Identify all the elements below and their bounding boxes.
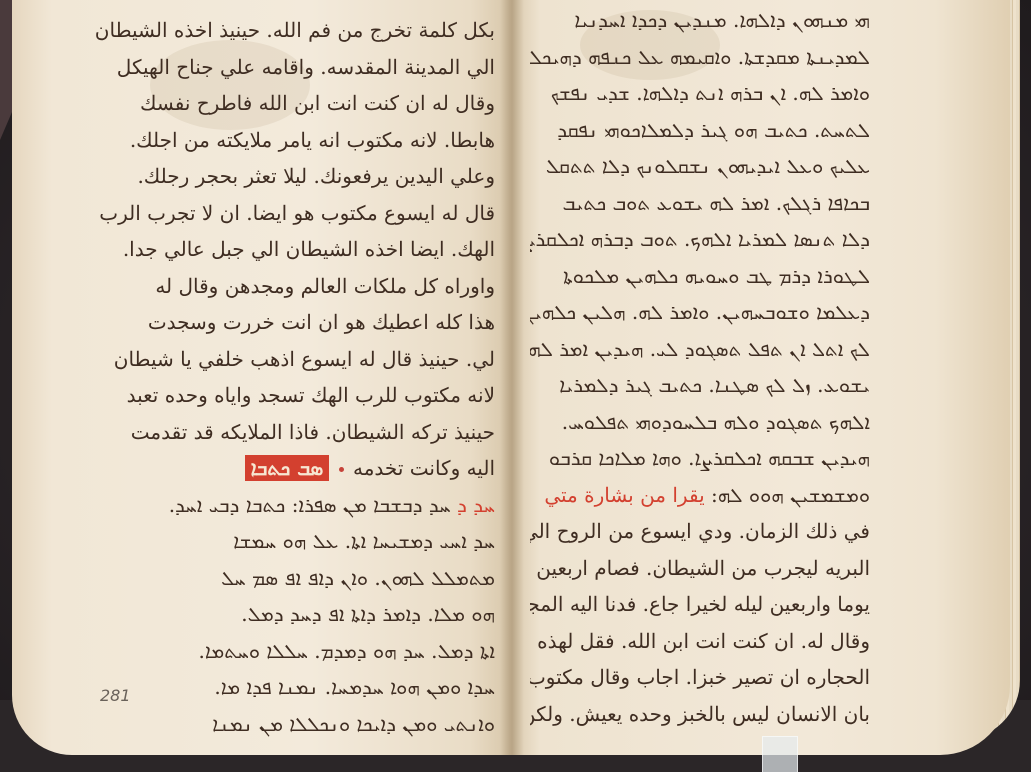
text-line: ܚܕ ܕ ܚܕ ܕܒܫܒܐ ܡܢ ܣܦܪܐ: ܟܬܒܐ ܕܒܝ ܐܚܕ. [90, 487, 495, 524]
text-line-with-rubric: ܘܡܫܡܫܝܢ ܗܘܘ ܠܗ: يقرا من بشارة متي [530, 477, 870, 514]
text-line: بان الانسان ليس بالخبز وحده يعيش. ولكن [530, 696, 870, 733]
book-gutter [500, 0, 524, 755]
text-line: ܘܐܡܪ ܠܗ. ܐܢ ܒܪܗ ܐܢܬ ܕܐܠܗܐ. ܫܕܝ ܢܦܫܟ [530, 75, 870, 112]
text-line: قال له ايسوع مكتوب هو ايضا. ان لا تجرب ا… [90, 195, 495, 232]
text-line: البريه ليجرب من الشيطان. فصام اربعين [530, 550, 870, 587]
text-line: ܘܐܢܬܝ ܘܡܢ ܕܐܝܟܐ ܘܢܟܠܠܐ ܡܢ ܢܡܢܐ [90, 706, 495, 743]
text-line: ܠܛܘܪܐ ܕܪܡ ܛܒ ܘܚܘܝܗ ܟܠܗܝܢ ܡܠܟܘܬܐ [530, 258, 870, 295]
folio-number: 281 [100, 686, 131, 705]
text-line: يوما واربعين ليله لخيرا جاع. فدنا اليه ا… [530, 586, 870, 623]
text-line: واوراه كل ملكات العالم ومجدهن وقال له [90, 268, 495, 305]
verse-dot-icon [339, 467, 344, 472]
text-line: ܕܥܠܡܐ ܘܫܘܒܚܗܝܢ. ܘܐܡܪ ܠܗ. ܗܠܝܢ ܟܠܗܝܢ [530, 294, 870, 331]
text-line: وقال له. ان كنت انت ابن الله. فقل لهذه [530, 623, 870, 660]
text-line: ܡܬܡܠܠ ܠܗܘܢ. ܘܐܢ ܕܐܦ ܐܦ ܣܡ ܚܠ [90, 560, 495, 597]
text-line: ܠܟ ܐܬܠ ܐܢ ܬܦܠ ܬܣܓܘܕ ܠܝ. ܗܝܕܝܢ ܐܡܪ ܠܗ [530, 331, 870, 368]
right-page-text: ܗܝ ܡܢܗܘܢ ܕܐܠܗܐ. ܡܢܕܝܢ ܕܟܕܐ ܐܚܕܢܝܐ ܠܡܕܝܢܬ… [530, 2, 870, 732]
text-line: الهك. ايضا اخذه الشيطان الي جبل عالي جدا… [90, 231, 495, 268]
text-line: ܗܘ ܡܠܐ. ܕܐܡܪ ܕܐܬܐ ܐܦ ܕܚܕ ܕܡܠ. [90, 596, 495, 633]
text-line: وقال له ان كنت انت ابن الله فاطرح نفسك [90, 85, 495, 122]
text-line: هابطا. لانه مكتوب انه يامر ملايكته من اج… [90, 122, 495, 159]
text-line: حينيذ تركه الشيطان. فاذا الملايكه قد تقد… [90, 414, 495, 451]
clear-page-holder [762, 736, 798, 772]
text-line: الحجاره ان تصير خبزا. اجاب وقال مكتوب هو [530, 659, 870, 696]
text-segment: ܘܡܫܡܫܝܢ ܗܘܘ ܠܗ: [711, 483, 870, 507]
text-line: ܠܬܚܬ. ܟܬܝܒ ܗܘ ܓܝܪ ܕܠܡܠܐܟܘܗܝ ܢܦܩܕ [530, 112, 870, 149]
text-line: ܗܝ ܡܢܗܘܢ ܕܐܠܗܐ. ܡܢܕܝܢ ܕܟܕܐ ܐܚܕܢܝܐ [530, 2, 870, 39]
text-line: ܠܡܕܝܢܬܐ ܡܩܕܫܬܐ. ܘܐܩܝܡܗ ܥܠ ܟܢܦܗ ܕܗܝܟܠܐ [530, 39, 870, 76]
text-line: ܒܟܐܦܐ ܪܓܠܟ. ܐܡܪ ܠܗ ܝܫܘܥ ܬܘܒ ܟܬܝܒ [530, 185, 870, 222]
rubric-heading: يقرا من بشارة متي [544, 483, 704, 507]
text-line: في ذلك الزمان. ودي ايسوع من الروح الي [530, 513, 870, 550]
text-line: ܝܫܘܥ. ܙܠ ܠܟ ܣܛܢܐ. ܟܬܝܒ ܓܝܪ ܕܠܡܪܝܐ [530, 367, 870, 404]
text-segment: ܚܕ ܕܒܫܒܐ ܡܢ ܣܦܪܐ: ܟܬܒܐ ܕܒܝ ܐܚܕ. [169, 493, 451, 517]
text-line: ܥܠܝܟ ܘܥܠ ܐܝܕܝܗܘܢ ܢܫܩܠܘܢܟ ܕܠܐ ܬܬܩܠ [530, 148, 870, 185]
text-line-with-rubric: اليه وكانت تخدمه ܣܒ ܟܬܒܐ [90, 450, 495, 487]
rubric-heading: ܣܒ ܟܬܒܐ [245, 455, 330, 481]
text-line: ܗܝܕܝܢ ܫܒܩܗ ܐܟܠܩܪܨܐ. ܘܗܐ ܡܠܐܟܐ ܩܪܒܘ [530, 440, 870, 477]
left-page-text: بكل كلمة تخرج من فم الله. حينيذ اخذه الش… [90, 12, 495, 742]
text-line: ܐܬܐ ܕܡܠ. ܚܕ ܗܘ ܕܡܕܡ. ܚܠܠܐ ܘܚܬܡܐ. [90, 633, 495, 670]
text-line: الي المدينة المقدسه. واقامه علي جناح اله… [90, 49, 495, 86]
text-line: ܐܠܗܟ ܬܣܓܘܕ ܘܠܗ ܒܠܚܘܕܘܗܝ ܬܦܠܘܚ. [530, 404, 870, 441]
text-line: وعلي اليدين يرفعونك. ليلا تعثر بحجر رجلك… [90, 158, 495, 195]
text-line: ܚܕܐ ܘܡܢ ܗܘܐ ܚܕܡܚܐ. ܢܡܢܐ ܦܕܐ ܡܐ. [90, 669, 495, 706]
text-line: ܕܠܐ ܬܢܣܐ ܠܡܪܝܐ ܐܠܗܟ. ܬܘܒ ܕܒܪܗ ܐܟܠܩܪܨܐ [530, 221, 870, 258]
text-line: لي. حينيذ قال له ايسوع اذهب خلفي يا شيطا… [90, 341, 495, 378]
rubric-text: ܚܕ ܕ [457, 493, 495, 517]
text-segment: اليه وكانت تخدمه [353, 456, 495, 480]
text-line: بكل كلمة تخرج من فم الله. حينيذ اخذه الش… [90, 12, 495, 49]
text-line: هذا كله اعطيك هو ان انت خررت وسجدت [90, 304, 495, 341]
text-line: ܚܕ ܐܚܝ ܕܡܫܝܚܐ ܐܬܐ. ܥܠ ܗܘ ܚܡܫܐ [90, 523, 495, 560]
text-line: لانه مكتوب للرب الهك تسجد واياه وحده تعب… [90, 377, 495, 414]
